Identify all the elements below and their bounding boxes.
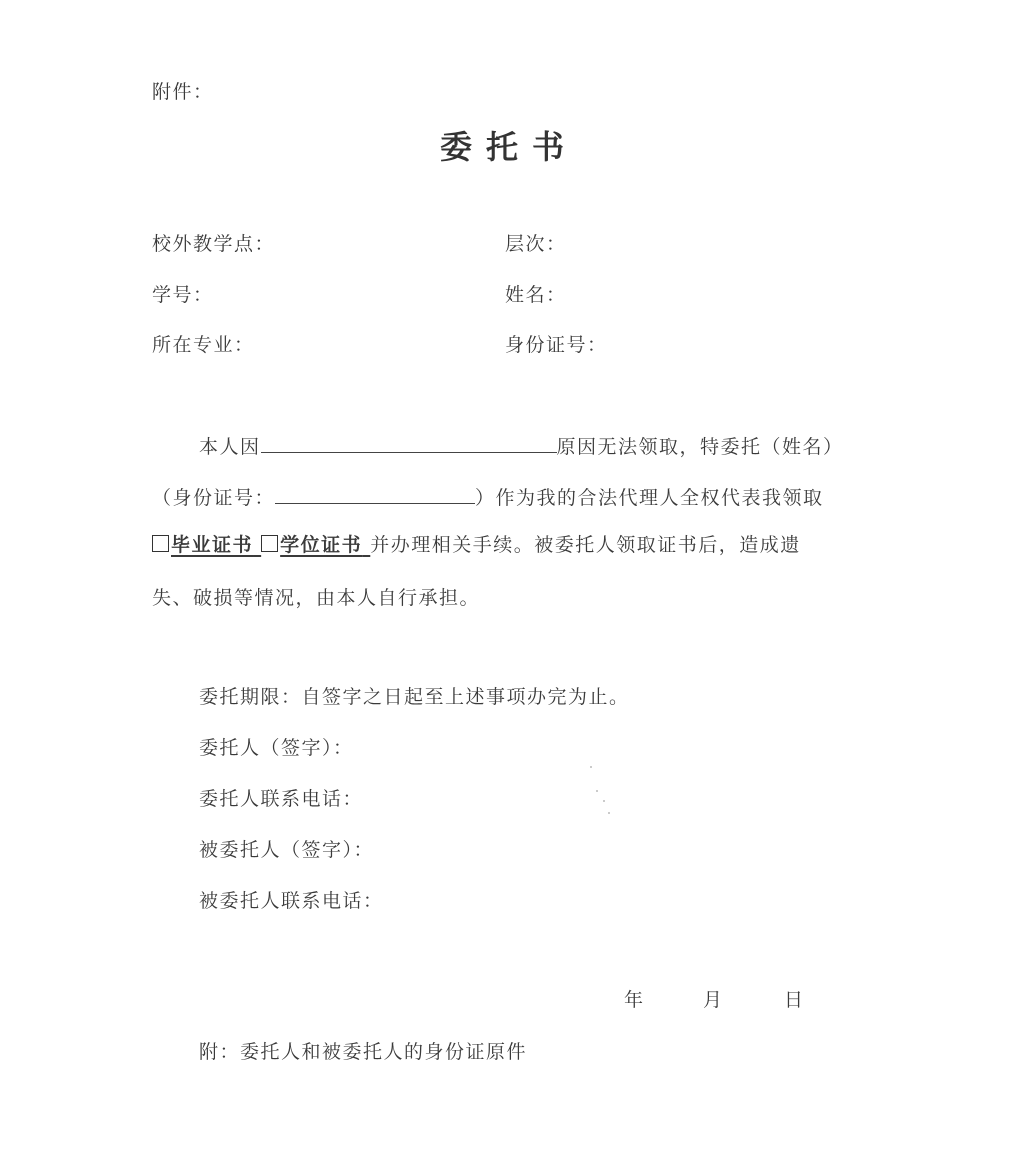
date-day: 日	[784, 988, 805, 1012]
attachment-label: 附件：	[152, 80, 214, 104]
date-month: 月	[703, 988, 724, 1012]
body-line-3-text: 并办理相关手续。被委托人领取证书后，造成遗	[370, 534, 801, 556]
reason-prefix: 本人因	[199, 436, 261, 458]
agent-phone-label: 被委托人联系电话：	[199, 889, 384, 913]
document-title: 委托书	[440, 122, 578, 168]
principal-phone-label: 委托人联系电话：	[199, 787, 363, 811]
agent-signature-label: 被委托人（签字）：	[199, 838, 374, 862]
agent-id-prefix: （身份证号：	[152, 487, 275, 509]
reason-blank[interactable]	[261, 432, 557, 453]
field-label-student-id: 学号：	[152, 283, 214, 307]
field-label-name: 姓名：	[505, 283, 567, 307]
principal-signature-label: 委托人（签字）：	[199, 736, 354, 760]
body-line-3: 毕业证书 学位证书 并办理相关手续。被委托人领取证书后，造成遗	[152, 533, 801, 557]
field-label-level: 层次：	[505, 232, 567, 256]
agent-id-blank[interactable]	[275, 483, 475, 504]
reason-suffix: 原因无法领取，特委托（姓名）	[557, 436, 844, 458]
body-line-2: （身份证号：）作为我的合法代理人全权代表我领取	[152, 483, 824, 510]
delegation-period: 委托期限：自签字之日起至上述事项办完为止。	[199, 685, 630, 709]
date-year: 年	[624, 988, 645, 1012]
field-label-id-number: 身份证号：	[505, 333, 608, 357]
field-label-major: 所在专业：	[152, 333, 255, 357]
field-label-school-site: 校外教学点：	[152, 232, 275, 256]
checkbox-degree-certificate[interactable]	[261, 535, 278, 552]
certificate-options: 毕业证书 学位证书	[152, 534, 370, 556]
agent-id-suffix: ）作为我的合法代理人全权代表我领取	[475, 487, 824, 509]
body-line-4: 失、破损等情况，由本人自行承担。	[152, 586, 480, 610]
footnote-attachments: 附：委托人和被委托人的身份证原件	[199, 1040, 527, 1064]
checkbox-graduation-certificate[interactable]	[152, 535, 169, 552]
body-line-1: 本人因原因无法领取，特委托（姓名）	[199, 432, 844, 459]
